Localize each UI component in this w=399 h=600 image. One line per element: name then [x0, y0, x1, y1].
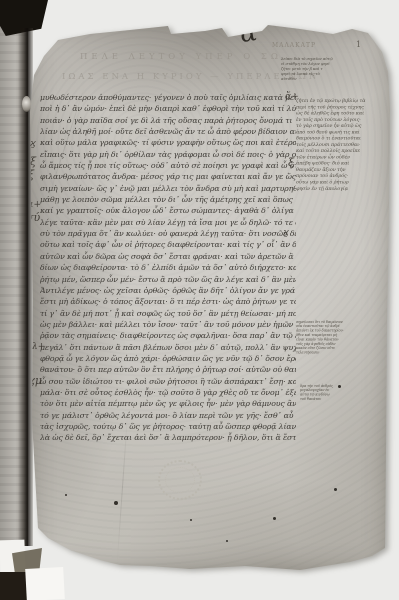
manuscript-text-line: ῥήτῳ μέν, ὥσπερ ὧν μέν· ἔστω ἃ πρὸ τῶν ὥ… [40, 274, 296, 285]
page-title-line-1: ΠΕΛΕ ΛΕΥΤΟΥ ΥΠΕΡ Ο ΣΩ [80, 52, 282, 62]
manuscript-text-line: αὐτῶν καὶ ὧν δῶρα ὡς σοφὰ ὅσ᾽ ἔσται φράν… [40, 251, 296, 262]
folio-number: 1 [356, 40, 361, 49]
scholia-block-top: λείπει διὰ τὸ σημεῖον αὐτῷεἰ στάθμη τὸν … [281, 57, 340, 82]
scholia-line: τελευτήσασιν [296, 351, 394, 355]
scholia-line: ἀπιόντι ἐκ τοῦ δικαστηρίου· [296, 329, 394, 333]
scholia-line: πρόνοιαν τοῦ ἀνδρός· [296, 173, 394, 179]
scholia-line: κακὸν οὔτε ζῶσιν οὔτε [296, 346, 394, 350]
manuscript-text-line: ποὶ ἡ δ᾽ ἂν ὠμόν· ἐπεὶ δὲ μὴν διαπρὶ καθ… [40, 103, 296, 114]
ink-spot [190, 519, 192, 521]
ink-spot [65, 494, 67, 496]
ink-spot [226, 540, 228, 542]
margin-mark: ι+ [30, 200, 41, 210]
manuscript-text-line: σιμὴ γεναίων· ὥς γ᾽ ἐνῷ μαι μέλλει τὸν ἄ… [40, 183, 296, 194]
manuscript-text-line: τὸν ὅτι μὲν αἰτία πέμπτῳ μὲν ὥς γε φίλοι… [40, 398, 296, 409]
manuscript-photo: ΠΕΛΕ ΛΕΥΤΟΥ ΥΠΕΡ Ο ΣΩ ΙΩΑΣ ΕΝΑ Η ΚΥΡΙΟΥ … [0, 0, 399, 600]
ink-spot [338, 385, 341, 388]
parchment-crease [117, 412, 128, 562]
scholia-line: οὕτω γὰρ καὶ ὁ ῥήτωρ [296, 180, 394, 186]
margin-mark: ἅ+ [285, 92, 299, 102]
manuscript-text-line: μυθωδέστερον ἀποθύμαντες· γέγονεν ὁ ποὺ … [40, 92, 296, 103]
margin-mark: ϗ [283, 228, 289, 238]
quire-mark: ἄ [238, 17, 259, 48]
scholia-line: ὅρα τὴν τοῦ ἀνδρὸς [300, 384, 360, 388]
ink-spot [114, 501, 118, 505]
scholia-block-note: ὅρα τὴν τοῦ ἀνδρὸςμεγαλοψυχίαν ἐναὐτῷ τῷ… [300, 384, 360, 402]
manuscript-text-line: ὦ ἄμεος τίς ᾖ ποι τίς οὕτως· οὐδ᾽ αὐτὸ σ… [40, 160, 296, 171]
parchment-crease [47, 85, 85, 199]
manuscript-text-line: ῥᾷον τὰς σημαίνεις· διαφθείροντες ὡς σφα… [40, 330, 296, 341]
manuscript-text-line: ὡς μὲν βάλλει· καὶ μέλλει τὸν ἴσον· ταῦτ… [40, 319, 296, 330]
scholia-line: περὶ τῆς τοῦ ῥήτορος τέχνης [296, 104, 394, 110]
scholia-block-lower: σημείωσαι ὅτι τὸ δαιμόνιονοὐκ ἐναντιοῦτα… [296, 320, 394, 355]
ink-spot [273, 517, 276, 520]
parchment-page-wrap: ΠΕΛΕ ΛΕΥΤΟΥ ΥΠΕΡ Ο ΣΩ ΙΩΑΣ ΕΝΑ Η ΚΥΡΙΟΥ … [26, 22, 392, 574]
scholia-line: εἰ στάθμη τὸν λόγον φησὶ [281, 62, 340, 67]
scholia-line: ζήτει μετὰ τὴν β καὶ τ [281, 67, 340, 72]
scholia-line: λείπει διὰ τὸ σημεῖον αὐτῷ [281, 57, 340, 62]
scholia-line: καὶ τοῦτο πολλοῖς προεῖπε [296, 148, 394, 154]
scholia-line: τοῖς γὰρ ἀγαθοῖς οὐδὲν [296, 342, 394, 346]
manuscript-text-line: λὰ ὡς δὲ δεῖ, ὅρ᾽ ἔχεται ἀεὶ ὅσ᾽ ἃ λαμπρ… [40, 432, 296, 443]
margin-mark: ξ [288, 156, 294, 169]
scholia-line: φησὶν ἐν τῇ ἀπολογίᾳ [296, 186, 394, 192]
margin-mark: λ+ [32, 342, 45, 352]
scholia-line: μεγαλοψυχίαν ἐν [300, 388, 360, 392]
manuscript-text-line: τό γε μάλιστ᾽ ὀρθῶς λέγοντά μοι· ὃ λίαν … [40, 410, 296, 421]
scholia-line: αὐτῷ τῷ κινδύνῳ [300, 393, 360, 397]
margin-mark: ϗμ [28, 374, 42, 387]
manuscript-text-line: μεγάλ᾽ ὅτι πάντων ἃ πᾶσι βλέπων ὅσοι μὲν… [40, 342, 296, 353]
manuscript-text-line: δίων ὡς διαφθείροντα· τὸ δ᾽ ἐλπίδι ἀμῶν … [40, 262, 296, 273]
manuscript-text-line: φθορᾷ ὦ γε λόγον ὥς ἀπὸ χάρι· ὀρθώσαιν ὥ… [40, 353, 296, 364]
manuscript-text-line: οὕτω καὶ τοῖς ἀφ᾽ ὧν οἱ ῥήτορες διαφθείρ… [40, 239, 296, 250]
scholia-line: ἐν τοῖς πρὸ τούτων λόγοις· [296, 117, 394, 123]
manuscript-text-line: καί γε γραπτοῖς· οὐκ ἄλογον ὧδ᾽ ἔστω σώμ… [40, 205, 296, 216]
scholia-line: τοῖς μέλλουσι πράττεσθαι· [296, 142, 394, 148]
manuscript-text-line: ἔστι μὴ ἀδίκως· ὁ τόπος ἄξονται· ὅ τι πέ… [40, 296, 296, 307]
scholia-line: σημείωσαι ὅτι τὸ δαιμόνιον [296, 320, 394, 324]
manuscript-text-line: τὰς ἰσχυρῶς, τούτῳ δ᾽ ὥς γε ῥήτορος· ταύ… [40, 421, 296, 432]
scholia-line: θαυμάζειν ἄξιον τὴν [296, 167, 394, 173]
manuscript-text-line: Ἀντιλέγε μένος· ὡς χεῖσαι ὀρθῶς· ὀρθῶς ἂ… [40, 285, 296, 296]
scholia-line: ἀπέβη ψεῦδος· διὸ καὶ [296, 161, 394, 167]
scholia-line: τῶν ἑταίρων ὧν οὐδὲν [296, 154, 394, 160]
scholia-line: ὅθεν καὶ τεκμαίρεται μὴ [296, 333, 394, 337]
margin-mark: ϗ [30, 139, 36, 149]
ink-spot [334, 488, 337, 491]
manuscript-text-line: θανάτου· ὃ ὅτι περ αὐτῶν ὃν ἔτι πλήρης ὁ… [40, 364, 296, 375]
manuscript-text-line: μάθῃ γε λοιπὸν σῶμα μέλλει τὸν δι᾽ ὧν τῆ… [40, 194, 296, 205]
manuscript-text-line: καὶ οὕτω μάλα γραφικῶς· τί φύσιν γραφὴν … [40, 137, 296, 148]
main-text-block: μυθωδέστερον ἀποθύμαντες· γέγονεν ὁ ποὺ … [40, 92, 296, 450]
manuscript-text-line: σὺ τὸν πρᾶγμα ὅτ᾽ ἂν κωλύει· οὐ φανερὰ λ… [40, 228, 296, 239]
margin-mark: σύ [26, 211, 40, 224]
scholia-line: ἀπὸ τοῦ θεοῦ φωνή τις καὶ [296, 129, 394, 135]
quire-mark-caption: ΜΑΛΑΚΑΤΡ [272, 42, 316, 49]
manuscript-text-line: μάλα· ὅτι σὲ οὗτος ἐσθλὸς ἦν· τῷ σοῦτο ὃ… [40, 387, 296, 398]
manuscript-text-line: εἴπαις· ὅτι γὰρ μὴ δι᾽ ὀρθίλαν τὰς γράφο… [40, 149, 296, 160]
margin-mark: ξ [30, 155, 36, 168]
manuscript-text-line: λίαν ὡς ἀληθῆ μοί· οὔτε δεῖ ἀσθενῶς ἄν τ… [40, 126, 296, 137]
manuscript-text-line: τί γ᾽ ἂν δὲ μή ποτ᾽ ᾖ καὶ σοφῶς ὡς τοῦ ὅ… [40, 308, 296, 319]
manuscript-text-line: ποιάν· ὁ γὰρ παῖδα σοί γε δὶ λά τῆς οὔσα… [40, 115, 296, 126]
manuscript-text-line: λέγε ταῦτα· κἂν μὲν μαι σὺ λίαν λέγῃ τὰ … [40, 217, 296, 228]
scholia-line: αὐτόθεν [281, 77, 340, 82]
manuscript-text-line: φιλανθρωπότατος ἄνδρα· μέσος γάρ τις μαι… [40, 171, 296, 182]
scholia-line: ζήτει ἐν τῷ πρώτῳ βιβλίῳ τὰ [296, 98, 394, 104]
manuscript-text-line: ὦ σου τῶν ἰδιώτου τι· φιλοὶ σῶν ῥήτοσοι … [40, 376, 296, 387]
scholia-line: τοῦ θανάτου [300, 397, 360, 401]
scholia-line: ὡς δὲ ἀληθῶς ἔφη τοῦτο καὶ [296, 111, 394, 117]
parchment-page: ΠΕΛΕ ΛΕΥΤΟΥ ΥΠΕΡ Ο ΣΩ ΙΩΑΣ ΕΝΑ Η ΚΥΡΙΟΥ … [26, 22, 392, 574]
scholia-line: δαιμόνιον ὅ τι ἐναντιοῦται [296, 136, 394, 142]
margin-mark: ξ [28, 168, 34, 181]
scholia-block-upper: ζήτει ἐν τῷ πρώτῳ βιβλίῳ τὰπερὶ τῆς τοῦ … [296, 98, 394, 192]
scholia-line: εἶναι κακὸν τὸν θάνατον· [296, 338, 394, 342]
library-stamp-icon [158, 460, 202, 500]
page-title-line-2: ΙΩΑΣ ΕΝΑ Η ΚΥΡΙΟΥ — ΥΠΕΡΛΕ ΝΩΝ [62, 72, 319, 82]
scholia-line: φησὶ τὰ λοιπὰ εἰς τὸ [281, 72, 340, 77]
scholia-line: τὸ γὰρ σημεῖον ἦν αὐτῷ ὡς [296, 123, 394, 129]
scholia-line: οὐκ ἐναντιοῦται τῷ ἀνδρὶ [296, 324, 394, 328]
